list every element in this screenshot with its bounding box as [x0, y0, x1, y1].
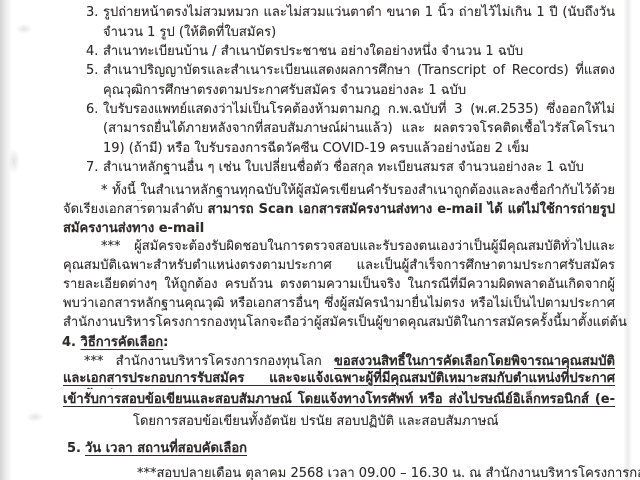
list-item-text: 19) (ถ้ามี) หรือ ใบรับรองการฉีดวัคซีน CO…: [103, 141, 529, 156]
note-text-bold: สมัครงานส่งทาง e-mail: [63, 221, 204, 236]
line-exam-date: ***สอบปลายเดือน ตุลาคม 2568 เวลา 09.00 –…: [137, 464, 640, 480]
line-item6-3: 19) (ถ้ามี) หรือ ใบรับรองการฉีดวัคซีน CO…: [103, 139, 529, 159]
line-disclaimer-5: สำนักงานบริหารโครงการกองทุนโลกจะถือว่าผู…: [63, 313, 627, 333]
line-section5-heading: 5.วัน เวลา สถานที่สอบคัดเลือก: [67, 439, 247, 459]
list-item-number: 6.: [86, 100, 103, 120]
list-item-text: สำเนาหลักฐานอื่น ๆ เช่น ใบเปลี่ยนชื่อตัว…: [103, 160, 584, 175]
line-item6-1: 6.ใบรับรองแพทย์แสดงว่าไม่เป็นโรคต้องห้าม…: [86, 100, 615, 120]
section-title: วิธีการคัดเลือก: [81, 335, 164, 350]
section-title: วัน เวลา สถานที่สอบคัดเลือก: [85, 441, 247, 456]
list-item-text: สำเนาทะเบียนบ้าน / สำเนาบัตรประชาชน อย่า…: [103, 44, 523, 59]
body-text: โดยการสอบข้อเขียนทั้งอัตนัย ปรนัย สอบปฏิ…: [133, 414, 499, 429]
list-item-number: 5.: [86, 61, 103, 81]
line-note-copies-2: จัดเรียงเอกสารตามลำดับ สามารถ Scan เอกสา…: [63, 200, 615, 220]
line-note-copies-3: สมัครงานส่งทาง e-mail: [63, 219, 204, 239]
note-text: *** ผู้สมัครจะต้องรับผิดชอบในการตรวจสอบแ…: [101, 239, 615, 254]
line-selection-3: เข้ารับการสอบข้อเขียนและสอบสัมภาษณ์ โดยแ…: [63, 390, 615, 410]
list-item-text: รูปถ่ายหน้าตรงไม่สวมหมวก และไม่สวมแว่นตา…: [86, 5, 615, 23]
line-disclaimer-1: *** ผู้สมัครจะต้องรับผิดชอบในการตรวจสอบแ…: [101, 237, 615, 257]
list-item-text: คุณวุฒิการศึกษาตรงตามประกาศรับสมัคร จำนว…: [103, 83, 466, 98]
list-item-number: 7.: [86, 158, 103, 178]
line-item7: 7.สำเนาหลักฐานอื่น ๆ เช่น ใบเปลี่ยนชื่อต…: [86, 158, 584, 178]
line-disclaimer-3: รายละเอียดต่างๆ ให้ถูกต้อง ครบถ้วน ตรงตา…: [63, 275, 615, 295]
body-text-bold-underline: และเอกสารประกอบการรับสมัคร และจะแจ้งเฉพา…: [63, 371, 615, 389]
note-text: คุณสมบัติเฉพาะสำหรับตำแหน่งตรงตามประกาศ …: [63, 258, 615, 276]
body-text-bold-underline: เข้ารับการสอบข้อเขียนและสอบสัมภาษณ์ โดยแ…: [63, 392, 615, 410]
line-item5-1: 5.สำเนาปริญญาบัตรและสำเนาระเบียนแสดงผลกา…: [86, 61, 615, 81]
scan-edge-left-shadow: [0, 0, 12, 480]
note-text: รายละเอียดต่างๆ ให้ถูกต้อง ครบถ้วน ตรงตา…: [63, 277, 615, 295]
line-item3-2: จำนวน 1 รูป (ให้ติดที่ใบสมัคร): [103, 23, 276, 43]
list-item-number: 4.: [86, 42, 103, 62]
line-note-copies-1: * ทั้งนี้ ในสำเนาหลักฐานทุกฉบับให้ผู้สมั…: [101, 181, 615, 201]
list-item-text: (สามารถยื่นได้ภายหลังจากที่สอบสัมภาษณ์ผ่…: [103, 121, 615, 139]
list-item-text: สำเนาปริญญาบัตรและสำเนาระเบียนแสดงผลการศ…: [86, 63, 615, 81]
body-text: *** สำนักงานบริหารโครงการกองทุนโลก: [84, 354, 334, 369]
line-section4-heading: 4. วิธีการคัดเลือก:: [62, 333, 168, 353]
line-exam-types: โดยการสอบข้อเขียนทั้งอัตนัย ปรนัย สอบปฏิ…: [133, 412, 499, 432]
body-text: ***สอบปลายเดือน ตุลาคม 2568 เวลา 09.00 –…: [137, 466, 640, 480]
section-number: 5.: [67, 439, 85, 459]
section-colon: :: [163, 335, 168, 350]
note-text: * ทั้งนี้ ในสำเนาหลักฐานทุกฉบับให้ผู้สมั…: [101, 183, 615, 201]
note-text: สำนักงานบริหารโครงการกองทุนโลกจะถือว่าผู…: [63, 315, 627, 330]
line-disclaimer-2: คุณสมบัติเฉพาะสำหรับตำแหน่งตรงตามประกาศ …: [63, 256, 615, 276]
scan-edge-right-shadow: [623, 0, 632, 480]
line-item6-2: (สามารถยื่นได้ภายหลังจากที่สอบสัมภาษณ์ผ่…: [103, 119, 615, 139]
line-item3-1: 3.รูปถ่ายหน้าตรงไม่สวมหมวก และไม่สวมแว่น…: [86, 3, 615, 23]
section-number: 4.: [62, 335, 81, 350]
note-text: พบว่าเอกสารหลักฐานคุณวุฒิ หรือเอกสารอื่น…: [63, 296, 615, 314]
list-item-number: 3.: [86, 3, 103, 23]
scan-smudge: [26, 412, 44, 422]
scan-smudge: [8, 148, 20, 174]
scanned-document-page: { "page": { "background": "#ffffff", "te…: [0, 0, 640, 480]
list-item-text: ใบรับรองแพทย์แสดงว่าไม่เป็นโรคต้องห้ามตา…: [86, 102, 615, 120]
line-item4: 4.สำเนาทะเบียนบ้าน / สำเนาบัตรประชาชน อย…: [86, 42, 523, 62]
line-item5-2: คุณวุฒิการศึกษาตรงตามประกาศรับสมัคร จำนว…: [103, 81, 466, 101]
scan-smudge: [16, 24, 32, 34]
list-item-text: จำนวน 1 รูป (ให้ติดที่ใบสมัคร): [103, 25, 276, 40]
line-disclaimer-4: พบว่าเอกสารหลักฐานคุณวุฒิ หรือเอกสารอื่น…: [63, 294, 615, 314]
line-selection-2: และเอกสารประกอบการรับสมัคร และจะแจ้งเฉพา…: [63, 369, 615, 389]
note-text: จัดเรียงเอกสารตามลำดับ: [63, 202, 208, 217]
